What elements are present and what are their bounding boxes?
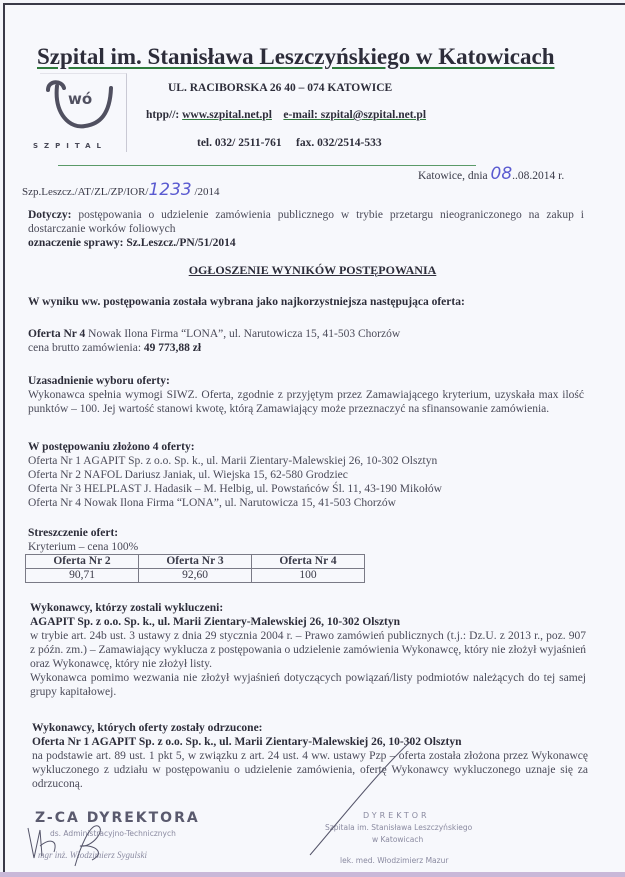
summary-section: Streszczenie ofert: Kryterium – cena 100… [28,526,138,554]
selected-intro: W wyniku ww. postępowania została wybran… [28,295,465,309]
excluded-company: AGAPIT Sp. z o.o. Sp. k., ul. Marii Zien… [30,616,400,628]
logo: wó [40,73,127,152]
table-header: Oferta Nr 3 [139,555,252,569]
table-row: 90,71 92,60 100 [26,569,365,583]
offers-label: W postępowaniu złożono 4 oferty: [28,441,195,453]
fax: fax. 032/2514-533 [296,137,382,149]
ref-suffix: /2014 [195,186,220,198]
reference-number: Szp.Leszcz./AT/ZL/ZP/IOR/1233 /2014 [22,180,220,200]
phone-fax: tel. 032/ 2511-761 fax. 032/2514-533 [197,137,382,149]
document-heading: OGŁOSZENIE WYNIKÓW POSTĘPOWANIA [0,263,625,278]
justification-label: Uzasadnienie wyboru oferty: [28,375,170,387]
justification-text: Wykonawca spełnia wymogi SIWZ. Oferta, z… [28,389,584,415]
excluded-text: w trybie art. 24b ust. 3 ustawy z dnia 2… [30,630,586,670]
ref-number-handwritten: 1233 [148,180,191,200]
excluded-section: Wykonawcy, którzy zostali wykluczeni: AG… [30,601,586,699]
smile-logo-icon: wó [40,74,120,134]
header-divider [58,165,476,166]
phone: tel. 032/ 2511-761 [197,137,282,149]
contact-web-email: htpp//: www.szpital.net.pl e-mail: szpit… [146,109,426,121]
table-cell: 92,60 [139,569,252,583]
offer-item: Oferta Nr 1 AGAPIT Sp. z o.o. Sp. k., ul… [28,455,437,467]
subject-label: Dotyczy: [28,209,71,221]
offer-item: Oferta Nr 2 NAFOL Dariusz Janiak, ul. Wi… [28,469,348,481]
justification: Uzasadnienie wyboru oferty: Wykonawca sp… [28,374,584,416]
offer-item: Oferta Nr 3 HELPLAST J. Hadasik – M. Hel… [28,483,442,495]
address: UL. RACIBORSKA 26 40 – 074 KATOWICE [168,82,392,94]
email-link[interactable]: e-mail: szpital@szpital.net.pl [283,109,426,121]
summary-label: Streszczenie ofert: [28,527,118,539]
price-value: 49 773,88 zł [144,342,201,354]
table-cell: 90,71 [26,569,139,583]
date-day-handwritten: 08 [491,164,513,184]
logo-caption: SZPITAL [33,142,107,150]
date-prefix: Katowice, dnia [418,170,488,182]
place-date: Katowice, dnia 08..08.2014 r. [418,164,564,184]
offers-section: W postępowaniu złożono 4 oferty: Oferta … [28,440,442,510]
table-header-row: Oferta Nr 2 Oferta Nr 3 Oferta Nr 4 [26,555,365,569]
selected-offer-text: Nowak Ilona Firma “LONA”, ul. Narutowicz… [88,328,400,340]
selected-offer: Oferta Nr 4 Nowak Ilona Firma “LONA”, ul… [28,327,400,355]
web-label: htpp//: [146,109,179,121]
case-number: oznaczenie sprawy: Sz.Leszcz./PN/51/2014 [28,237,236,249]
table-header: Oferta Nr 4 [252,555,365,569]
criterion: Kryterium – cena 100% [28,541,138,553]
date-suffix: ..08.2014 r. [512,170,564,182]
price-label: cena brutto zamówienia: [28,342,141,354]
signature-left-icon [20,818,120,868]
signature-right-icon [300,740,420,860]
hospital-name: Szpital im. Stanisława Leszczyńskiego w … [37,44,555,70]
svg-text:wó: wó [68,90,92,108]
scan-edge [0,872,625,877]
summary-table: Oferta Nr 2 Oferta Nr 3 Oferta Nr 4 90,7… [25,554,365,583]
rejected-label: Wykonawcy, których oferty zostały odrzuc… [32,722,263,734]
table-cell: 100 [252,569,365,583]
website-link[interactable]: www.szpital.net.pl [182,109,272,121]
excluded-label: Wykonawcy, którzy zostali wykluczeni: [30,602,223,614]
selected-offer-label: Oferta Nr 4 [28,328,85,340]
subject-text: postępowania o udzielenie zamówienia pub… [28,209,584,235]
ref-prefix: Szp.Leszcz./AT/ZL/ZP/IOR/ [22,186,148,198]
table-header: Oferta Nr 2 [26,555,139,569]
excluded-explanation: Wykonawca pomimo wezwania nie złożył wyj… [30,672,586,698]
subject: Dotyczy: postępowania o udzielenie zamów… [28,208,584,250]
offer-item: Oferta Nr 4 Nowak Ilona Firma “LONA”, ul… [28,497,396,509]
